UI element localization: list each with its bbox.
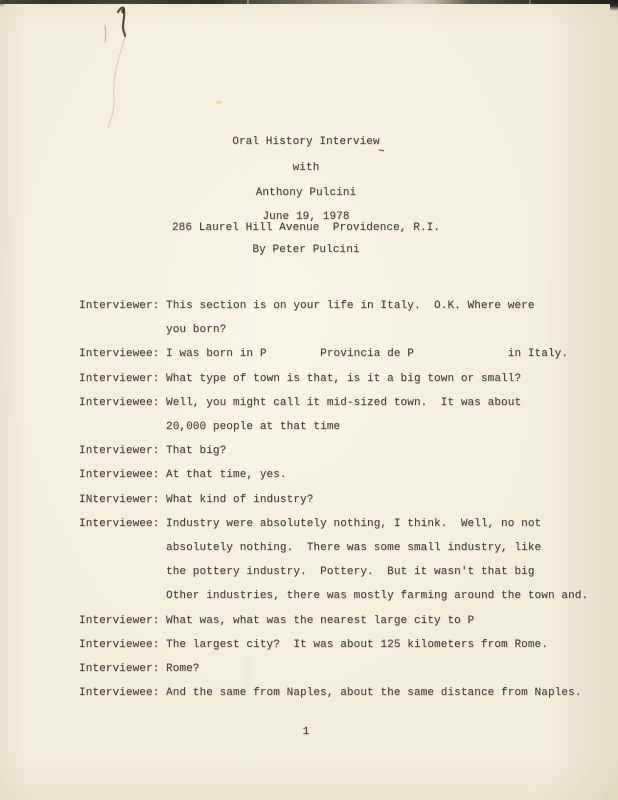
speaker-label: Interviewee:: [79, 391, 166, 415]
transcript-row: Interviewee: Well, you might call it mid…: [79, 391, 599, 439]
transcript-row: Interviewer: What was, what was the near…: [79, 609, 599, 633]
utterance-text: What type of town is that, is it a big t…: [166, 367, 521, 391]
transcript-row: Interviewer: This section is on your lif…: [79, 294, 599, 342]
utterance-text: The largest city? It was about 125 kilom…: [166, 633, 548, 657]
transcript-row: Interviewer: That big?: [79, 439, 599, 463]
scan-edge-top: [0, 0, 618, 4]
utterance-text: I was born in P Provincia de P in Italy.: [166, 342, 568, 366]
transcript-row: Interviewee: Industry were absolutely no…: [79, 512, 599, 609]
speaker-label: Interviewer:: [79, 367, 166, 391]
scanned-document-page: ~ Oral History Interview with Anthony Pu…: [0, 0, 618, 800]
transcript-row: Interviewee: The largest city? It was ab…: [79, 633, 599, 657]
utterance-text: That big?: [166, 439, 226, 463]
transcript-row: Interviewee: And the same from Naples, a…: [79, 681, 599, 705]
utterance-text: And the same from Naples, about the same…: [166, 681, 581, 705]
document-title: Oral History Interview: [0, 136, 612, 149]
utterance-text: This section is on your life in Italy. O…: [166, 294, 535, 342]
utterance-text: Industry were absolutely nothing, I thin…: [166, 512, 588, 609]
page-number: 1: [0, 726, 612, 738]
byline: By Peter Pulcini: [0, 244, 612, 257]
scan-corner-mark-top-right: [610, 0, 618, 11]
speaker-label: Interviewee:: [79, 342, 166, 366]
speaker-label: Interviewer:: [79, 294, 166, 318]
utterance-text: Well, you might call it mid-sized town. …: [166, 391, 521, 439]
speaker-label: Interviewer:: [79, 439, 166, 463]
utterance-text: What was, what was the nearest large cit…: [166, 609, 474, 633]
transcript-row: Interviewee: I was born in P Provincia d…: [79, 342, 599, 366]
interviewee-name: Anthony Pulcini: [0, 187, 612, 200]
transcript-row: Interviewee: At that time, yes.: [79, 463, 599, 487]
speaker-label: Interviewee:: [79, 512, 166, 536]
speaker-label: Interviewee:: [79, 463, 166, 487]
utterance-text: At that time, yes.: [166, 463, 287, 487]
transcript-row: Interviewer: Rome?: [79, 657, 599, 681]
smudge-mark: [215, 100, 223, 105]
speaker-label: Interviewer:: [79, 657, 166, 681]
speaker-label: Interviewer:: [79, 609, 166, 633]
utterance-text: What kind of industry?: [166, 488, 313, 512]
interview-address: 286 Laurel Hill Avenue Providence, R.I.: [0, 222, 612, 235]
scan-corner-mark-top-left: [0, 0, 4, 7]
transcript-row: Interviewer: What type of town is that, …: [79, 367, 599, 391]
transcript-row: INterviewer: What kind of industry?: [79, 488, 599, 512]
with-label: with: [0, 162, 612, 175]
transcript: Interviewer: This section is on your lif…: [79, 294, 599, 705]
utterance-text: Rome?: [166, 657, 200, 681]
speaker-label: INterviewer:: [79, 488, 166, 512]
speaker-label: Interviewee:: [79, 633, 166, 657]
paper-crease: [90, 30, 140, 130]
speaker-label: Interviewee:: [79, 681, 166, 705]
